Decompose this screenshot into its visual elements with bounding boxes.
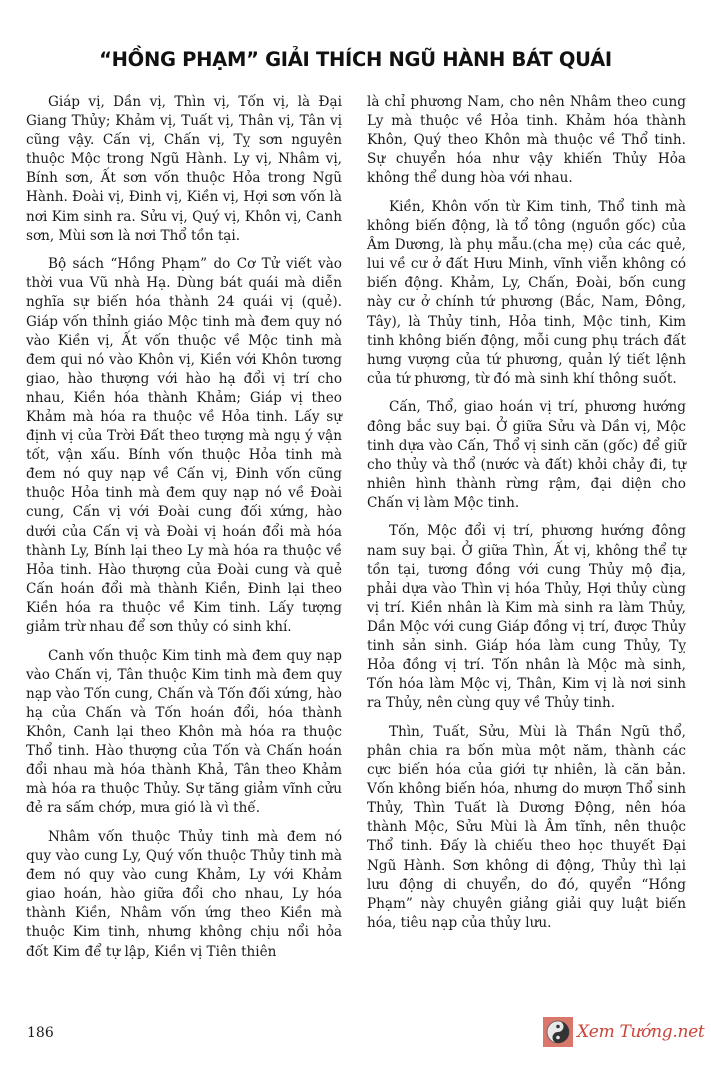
paragraph: Tốn, Mộc đổi vị trí, phương hướng đông n… [367, 522, 686, 713]
paragraph: Giáp vị, Dần vị, Thìn vị, Tốn vị, là Đại… [26, 93, 342, 246]
left-column: Giáp vị, Dần vị, Thìn vị, Tốn vị, là Đại… [26, 93, 342, 971]
watermark: Xem Tướng.net [543, 1015, 704, 1049]
page-number: 186 [27, 1025, 54, 1041]
page-title: “HỒNG PHẠM” GIẢI THÍCH NGŨ HÀNH BÁT QUÁI [0, 48, 711, 71]
yin-yang-icon [543, 1017, 573, 1047]
paragraph: Nhâm vốn thuộc Thủy tinh mà đem nó quy v… [26, 828, 342, 962]
paragraph: Bộ sách “Hồng Phạm” do Cơ Tử viết vào th… [26, 255, 342, 637]
paragraph: Kiền, Khôn vốn từ Kim tinh, Thổ tinh mà … [367, 198, 686, 389]
paragraph: Cấn, Thổ, giao hoán vị trí, phương hướng… [367, 398, 686, 513]
right-column: là chỉ phương Nam, cho nên Nhâm theo cun… [367, 93, 686, 942]
paragraph: Thìn, Tuất, Sửu, Mùi là Thần Ngũ thổ, ph… [367, 723, 686, 933]
paragraph: Canh vốn thuộc Kim tinh mà đem quy nạp v… [26, 647, 342, 819]
paragraph-continued: là chỉ phương Nam, cho nên Nhâm theo cun… [367, 93, 686, 188]
watermark-text: Xem Tướng.net [577, 1022, 704, 1042]
